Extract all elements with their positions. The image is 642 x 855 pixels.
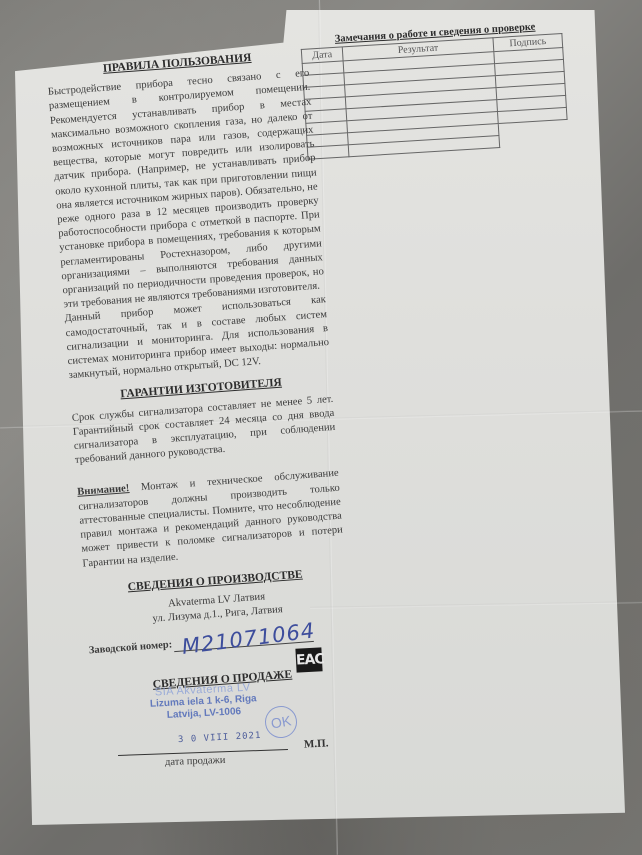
attention-label: Внимание!	[77, 484, 130, 499]
inspection-log-body	[302, 47, 568, 159]
serial-number-field: M21071064	[173, 625, 314, 652]
serial-number-label: Заводской номер:	[88, 638, 172, 658]
sale-date-caption: дата продажи	[165, 755, 226, 768]
warranty-text: Срок службы сигнализатора составляет не …	[71, 393, 336, 469]
inspection-log-table: Дата Результат Подпись	[301, 33, 569, 160]
usage-rules-paragraph-1: Быстродействие прибора тесно связано с е…	[47, 67, 325, 313]
seal-place-label: М.П.	[304, 737, 329, 750]
seller-stamp: SIA Akvaterma LV Lizuma iela 1 k-6, Riga…	[149, 681, 257, 723]
attention-paragraph: Внимание! Монтаж и техническое обслужива…	[77, 467, 345, 571]
eac-certification-mark: EAC	[295, 647, 322, 672]
left-column: ПРАВИЛА ПОЛЬЗОВАНИЯ Быстродействие прибо…	[46, 47, 354, 703]
inspection-log-section: Замечания о работе и сведения о проверке…	[300, 20, 577, 160]
